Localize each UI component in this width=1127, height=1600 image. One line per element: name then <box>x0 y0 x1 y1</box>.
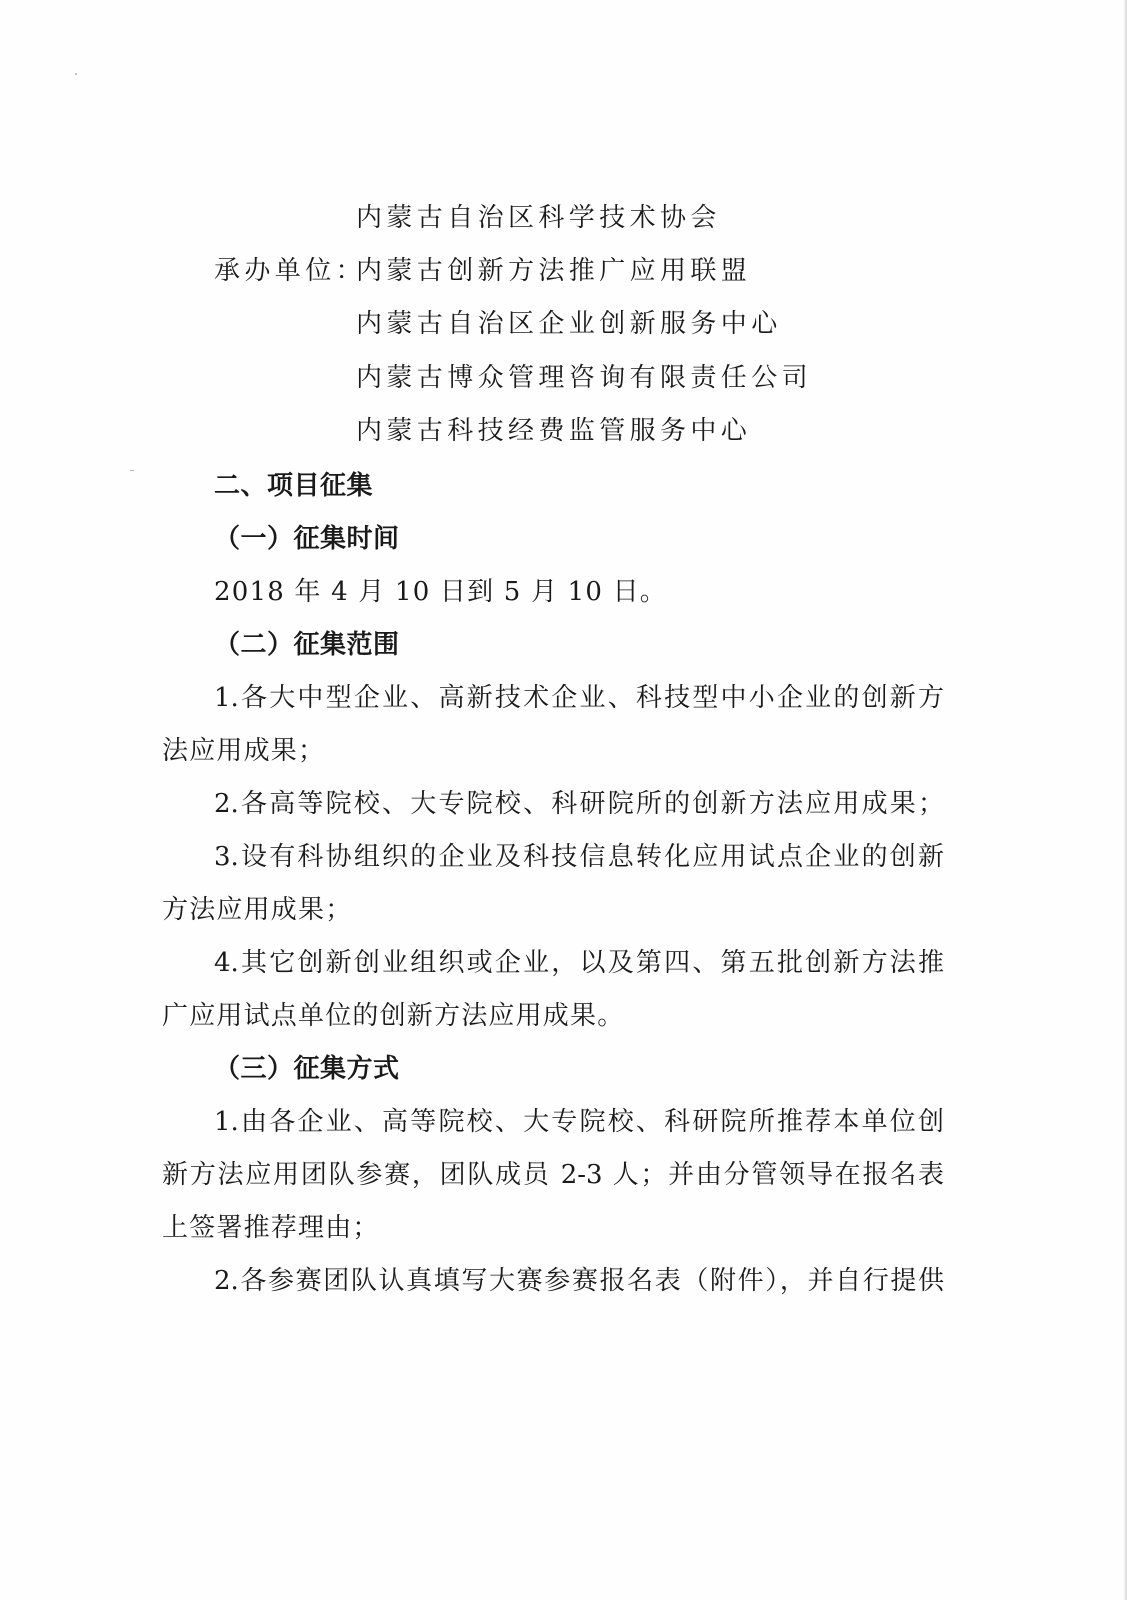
scan-speck <box>75 73 77 75</box>
subsection-heading: （三）征集方式 <box>214 1049 400 1089</box>
subsection-heading: （一）征集时间 <box>214 519 400 559</box>
paragraph-line: 1.各大中型企业、高新技术企业、科技型中小企业的创新方 <box>214 678 944 718</box>
paragraph-line: 2018 年 4 月 10 日到 5 月 10 日。 <box>214 572 667 612</box>
paragraph-line: 上签署推荐理由； <box>162 1208 380 1248</box>
co-organizer-label: 承办单位： <box>214 251 366 291</box>
co-organizer-line: 内蒙古博众管理咨询有限责任公司 <box>356 358 812 398</box>
section-heading: 二、项目征集 <box>214 466 373 506</box>
paragraph-line: 广应用试点单位的创新方法应用成果。 <box>162 996 624 1036</box>
co-organizer-line: 内蒙古创新方法推广应用联盟 <box>356 251 751 291</box>
paragraph-line: 4.其它创新创业组织或企业，以及第四、第五批创新方法推 <box>214 943 944 983</box>
paragraph-line: 2.各参赛团队认真填写大赛参赛报名表（附件），并自行提供 <box>214 1261 944 1301</box>
paragraph-line: 方法应用成果； <box>162 890 352 930</box>
scan-speck <box>130 470 134 471</box>
paragraph-line: 新方法应用团队参赛，团队成员 2-3 人；并由分管领导在报名表 <box>162 1155 944 1195</box>
subsection-heading: （二）征集范围 <box>214 625 400 665</box>
paragraph-line: 法应用成果； <box>162 731 325 771</box>
organizer-line: 内蒙古自治区科学技术协会 <box>356 198 721 238</box>
paragraph-line: 1.由各企业、高等院校、大专院校、科研院所推荐本单位创 <box>214 1102 944 1142</box>
co-organizer-line: 内蒙古自治区企业创新服务中心 <box>356 304 782 344</box>
paragraph-line: 2.各高等院校、大专院校、科研院所的创新方法应用成果； <box>214 784 944 824</box>
co-organizer-line: 内蒙古科技经费监管服务中心 <box>356 411 751 451</box>
paragraph-line: 3.设有科协组织的企业及科技信息转化应用试点企业的创新 <box>214 837 944 877</box>
document-page: 内蒙古自治区科学技术协会 承办单位： 内蒙古创新方法推广应用联盟 内蒙古自治区企… <box>0 0 1127 1600</box>
